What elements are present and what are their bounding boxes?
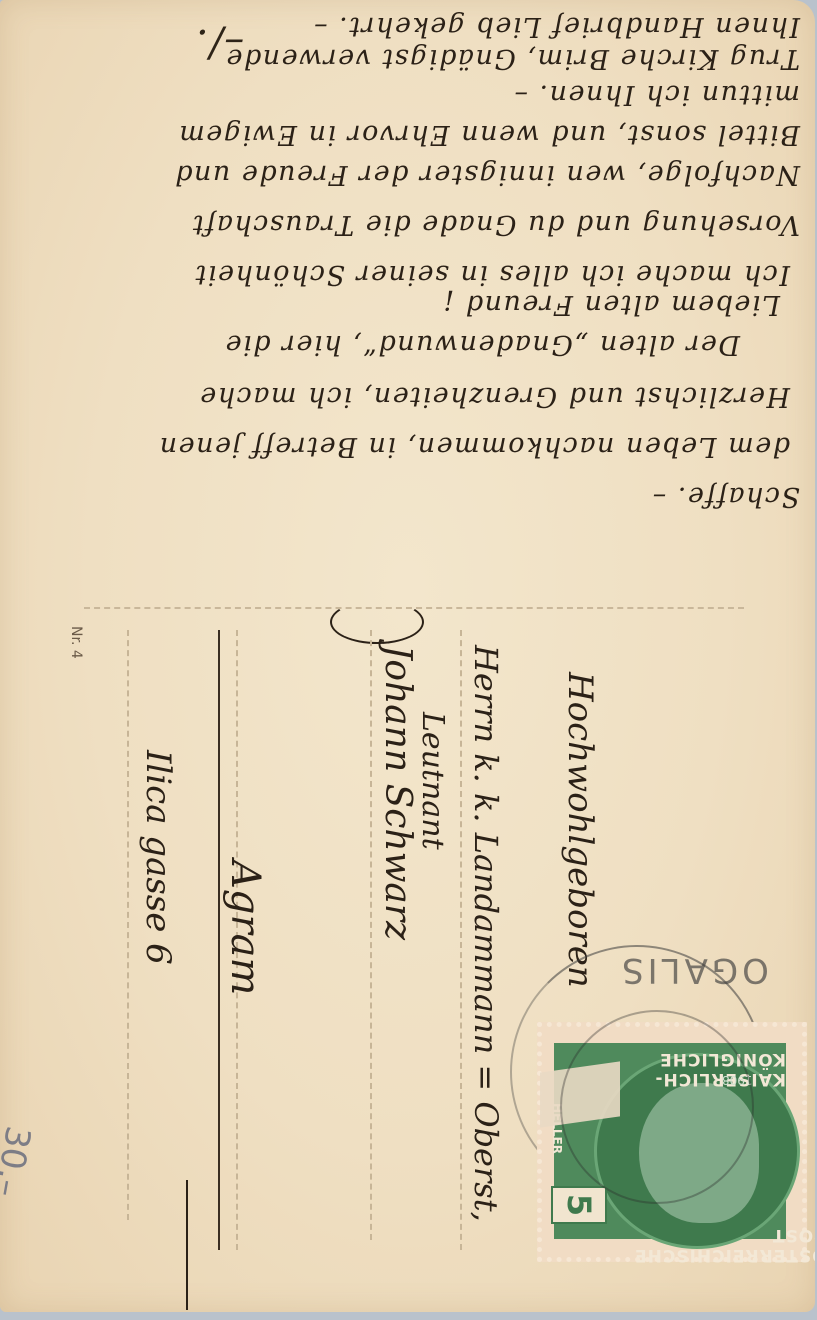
message-line: Liebem alten Freund ¡ [442, 289, 780, 320]
address-line: Ilica gasse 6 [138, 750, 178, 965]
message-line: Vorsehung und du Gnade die Trauschaft [191, 209, 800, 240]
handwritten-message: Liebem alten Freund ¡ Der alten „Gnadenw… [20, 10, 800, 590]
ink-stroke [186, 1180, 188, 1310]
vertical-divider [370, 630, 372, 1240]
address-line: Agram [222, 860, 268, 995]
address-line: Johann Schwarz [377, 645, 418, 940]
message-line: Ihnen Handbrief Lieb gekehrt. – [313, 11, 800, 42]
vertical-divider-left [127, 630, 129, 1220]
message-line: Ich mache ich alles in seiner Schönheit [194, 259, 790, 290]
message-line: Trug Kirche Brim, Gnädigst verwende [225, 43, 800, 74]
stamp-text-bottom: ÖSTERREICHISCHE POST [634, 1225, 815, 1265]
postcard-back: Liebem alten Freund ¡ Der alten „Gnadenw… [0, 0, 815, 1312]
address-line: Hochwohlgeboren [560, 672, 600, 988]
vertical-divider [460, 630, 462, 1250]
printed-mark: Nr. 4 [68, 626, 84, 659]
message-line: dem Leben nachkommen, in Betreff jenen [158, 431, 790, 462]
address-line: Herrn k. k. Landammann = Oberst, [467, 645, 505, 1222]
horizontal-divider [84, 607, 744, 609]
address-line: Leutnant [415, 712, 450, 850]
message-line: Herzlichst und Grenzheiten, ich mache [199, 381, 790, 412]
pencil-price-note: 30,– [0, 1123, 38, 1200]
stamp-value: 5 [551, 1186, 607, 1224]
cancellation-ring [560, 1010, 754, 1204]
message-line: Der alten „Gnadenwund“, hier die [224, 329, 740, 360]
message-line: mittun ich Ihnen. – [513, 79, 800, 110]
message-line: Bittel sonst, und wenn Ehrvor in Ewigem [178, 119, 800, 150]
message-line: Schaffe. – [651, 481, 800, 512]
address-line-solid [218, 630, 220, 1250]
postmark-text: OGALIS [618, 950, 769, 990]
message-line: Nachfolge, wen innigster der Freude und [174, 159, 800, 190]
closing-mark: –/. [195, 20, 244, 66]
